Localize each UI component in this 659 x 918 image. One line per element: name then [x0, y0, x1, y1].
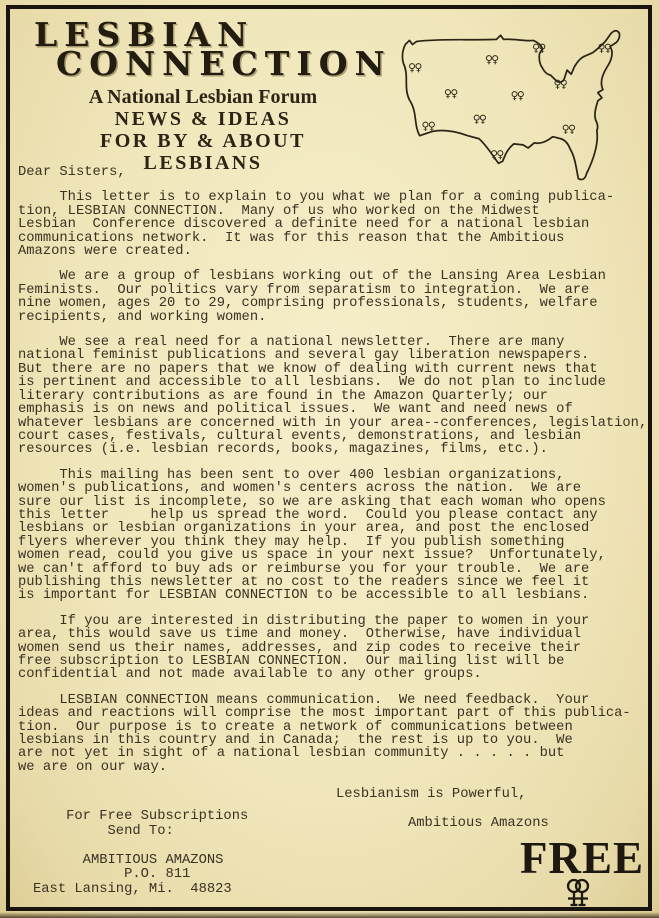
us-map-outline [402, 31, 619, 180]
subscription-address-block: For Free Subscriptions Send To: AMBITIOU… [33, 810, 248, 897]
female-symbols-marker-icon: ♀♀ [562, 123, 575, 136]
subtitle-forum-line: A National Lesbian Forum [68, 86, 338, 108]
female-symbols-marker-icon: ♀♀ [408, 61, 421, 74]
letter-paragraph-3: We see a real need for a national newsle… [18, 336, 648, 457]
subtitle-news-ideas-line: NEWS & IDEAS [68, 108, 338, 130]
signature-line: Ambitious Amazons [408, 816, 549, 831]
letter-paragraph-4: This mailing has been sent to over 400 l… [18, 469, 648, 603]
letter-paragraph-5: If you are interested in distributing th… [18, 615, 648, 682]
letter-paragraph-2: We are a group of lesbians working out o… [18, 270, 648, 324]
female-symbols-marker-icon: ♀♀ [485, 53, 498, 66]
scan-edge-shadow [0, 912, 659, 918]
masthead: LESBIAN CONNECTION A National Lesbian Fo… [34, 18, 394, 174]
female-symbols-marker-icon: ♀♀ [598, 42, 611, 55]
female-symbols-marker-icon: ♀♀ [490, 148, 503, 161]
scanned-letter-page: LESBIAN CONNECTION A National Lesbian Fo… [0, 0, 659, 918]
female-symbols-marker-icon: ♀♀ [532, 42, 545, 55]
female-symbols-marker-icon: ♀♀ [473, 112, 486, 125]
female-symbols-marker-icon: ♀♀ [444, 87, 457, 100]
letter-paragraph-6: LESBIAN CONNECTION means communication. … [18, 694, 648, 774]
closing-line: Lesbianism is Powerful, [336, 788, 648, 801]
letter-body: Dear Sisters, This letter is to explain … [18, 166, 648, 802]
letter-paragraph-1: This letter is to explain to you what we… [18, 191, 648, 258]
subtitle-for-by-about-line: FOR BY & ABOUT [68, 130, 338, 152]
free-badge: FREE [520, 836, 636, 908]
female-symbols-marker-icon: ♀♀ [511, 89, 524, 102]
salutation: Dear Sisters, [18, 166, 648, 179]
female-symbols-marker-icon: ♀♀ [554, 78, 567, 91]
masthead-subtitle: A National Lesbian Forum NEWS & IDEAS FO… [68, 86, 338, 174]
female-symbols-marker-icon: ♀♀ [421, 120, 434, 133]
free-label: FREE [520, 836, 636, 880]
newsletter-title-line2: CONNECTION [56, 47, 394, 80]
